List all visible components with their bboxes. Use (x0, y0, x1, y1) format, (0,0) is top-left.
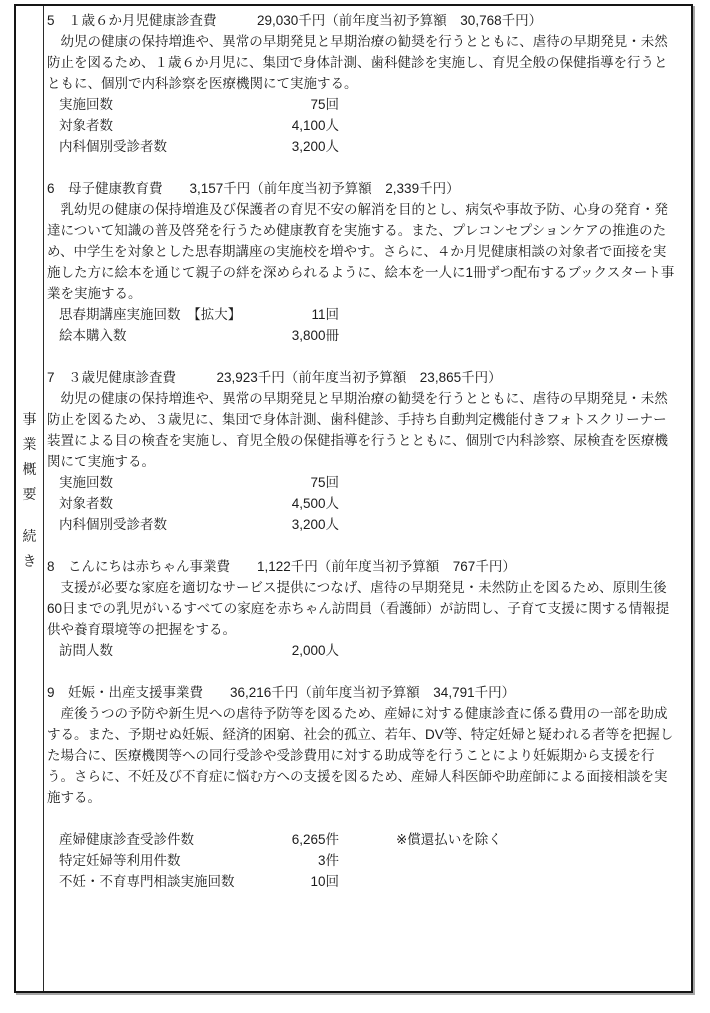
budget-section: 5 １歳６か月児健康診査費 29,030千円（前年度当初予算額 30,768千円… (47, 10, 689, 157)
budget-section: 6 母子健康教育費 3,157千円（前年度当初予算額 2,339千円） 乳幼児の… (47, 178, 689, 346)
section-body-line: 60日までの乳児がいるすべての家庭を赤ちゃん訪問員（看護師）が訪問し、子育て支援… (47, 598, 689, 619)
section-body-line: 防止を図るため、１歳６か月児に、集団で身体計測、歯科健診を実施し、育児全般の保健… (47, 52, 689, 73)
section-body-line: 関にて実施する。 (47, 451, 689, 472)
row-header-char: き (23, 549, 37, 574)
section-body-line: ともに、個別で内科診察を医療機関にて実施する。 (47, 73, 689, 94)
main-content: 5 １歳６か月児健康診査費 29,030千円（前年度当初予算額 30,768千円… (44, 6, 691, 991)
section-body-line: 防止を図るため、３歳児に、集団で身体計測、歯科健診、手持ち自動判定機能付きフォト… (47, 409, 689, 430)
stat-row: 内科個別受診者数3,200人 (47, 514, 339, 535)
row-header-char: 概 (23, 457, 37, 482)
stat-label: 思春期講座実施回数 【拡大】 (59, 304, 241, 325)
row-header-cell: 事業概要続き (16, 6, 44, 991)
section-body-line: 支援が必要な家庭を適切なサービス提供につなげ、虐待の早期発見・未然防止を図るため… (47, 577, 689, 598)
stat-label: 不妊・不育専門相談実施回数 (59, 871, 235, 892)
row-header-char: 要 (23, 482, 37, 507)
section-body-line: 幼児の健康の保持増進や、異常の早期発見と早期治療の勧奨を行うとともに、虐待の早期… (47, 388, 689, 409)
stat-row: 内科個別受診者数3,200人 (47, 136, 339, 157)
section-heading: 9 妊娠・出産支援事業費 36,216千円（前年度当初予算額 34,791千円） (47, 682, 689, 703)
stat-value: 75回 (310, 472, 339, 493)
budget-section: 7 ３歳児健康診査費 23,923千円（前年度当初予算額 23,865千円） 幼… (47, 367, 689, 535)
stat-value: 4,500人 (292, 493, 339, 514)
stat-value: 6,265件 (292, 829, 339, 850)
stat-label: 実施回数 (59, 472, 113, 493)
section-body-line: 達について知識の普及啓発を行うため健康教育を実施する。また、プレコンセプションケ… (47, 220, 689, 241)
stat-note: ※償還払いを除く (396, 829, 502, 850)
section-body-line: 供や養育環境等の把握をする。 (47, 619, 689, 640)
section-heading: 5 １歳６か月児健康診査費 29,030千円（前年度当初予算額 30,768千円… (47, 10, 689, 31)
section-heading: 8 こんにちは赤ちゃん事業費 1,122千円（前年度当初予算額 767千円） (47, 556, 689, 577)
stat-label: 絵本購入数 (59, 325, 127, 346)
section-body-line: う。さらに、不妊及び不育症に悩む方への支援を図るため、産婦人科医師や助産師による… (47, 766, 689, 787)
stat-value: 3件 (318, 850, 339, 871)
stat-row: 対象者数4,100人 (47, 115, 339, 136)
row-header-char: 事 (23, 407, 37, 432)
stat-value: 3,200人 (292, 514, 339, 535)
section-body-line: た場合に、医療機関等への同行受診や受診費用に対する助成等を行うことにより妊娠期か… (47, 745, 689, 766)
section-body-line: 乳幼児の健康の保持増進及び保護者の育児不安の解消を目的とし、病気や事故予防、心身… (47, 199, 689, 220)
stat-value: 4,100人 (292, 115, 339, 136)
blank-line (47, 808, 689, 829)
stat-label: 対象者数 (59, 493, 113, 514)
stat-label: 内科個別受診者数 (59, 514, 167, 535)
section-body-line: 業を実施する。 (47, 283, 689, 304)
section-body-line: 施する。 (47, 787, 689, 808)
stat-row: 産婦健康診査受診件数6,265件※償還払いを除く (47, 829, 339, 850)
budget-overview-table: 事業概要続き 5 １歳６か月児健康診査費 29,030千円（前年度当初予算額 3… (14, 4, 693, 993)
section-body-line: 装置による目の検査を実施し、育児全般の保健指導を行うとともに、個別で内科診察、尿… (47, 430, 689, 451)
stat-label: 内科個別受診者数 (59, 136, 167, 157)
section-heading: 6 母子健康教育費 3,157千円（前年度当初予算額 2,339千円） (47, 178, 689, 199)
section-body-line: 施した方に絵本を通じて親子の絆を深められるように、絵本を一人に1冊ずつ配布するブ… (47, 262, 689, 283)
stat-row: 実施回数75回 (47, 472, 339, 493)
section-body-line: する。また、予期せぬ妊娠、経済的困窮、社会的孤立、若年、DV等、特定妊婦と疑われ… (47, 724, 689, 745)
stat-value: 75回 (310, 94, 339, 115)
stat-value: 10回 (310, 871, 339, 892)
stat-row: 特定妊婦等利用件数3件 (47, 850, 339, 871)
row-header-char: 続 (23, 524, 37, 549)
stat-value: 3,800冊 (292, 325, 339, 346)
stat-row: 訪問人数2,000人 (47, 640, 339, 661)
section-heading: 7 ３歳児健康診査費 23,923千円（前年度当初予算額 23,865千円） (47, 367, 689, 388)
stat-row: 不妊・不育専門相談実施回数10回 (47, 871, 339, 892)
stat-row: 思春期講座実施回数 【拡大】11回 (47, 304, 339, 325)
stat-label: 特定妊婦等利用件数 (59, 850, 181, 871)
row-header-char: 業 (23, 432, 37, 457)
stat-label: 訪問人数 (59, 640, 113, 661)
section-body-line: 産後うつの予防や新生児への虐待予防等を図るため、産婦に対する健康診査に係る費用の… (47, 703, 689, 724)
stat-value: 2,000人 (292, 640, 339, 661)
stat-label: 産婦健康診査受診件数 (59, 829, 194, 850)
stat-label: 対象者数 (59, 115, 113, 136)
stat-row: 絵本購入数3,800冊 (47, 325, 339, 346)
stat-row: 実施回数75回 (47, 94, 339, 115)
section-body-line: 幼児の健康の保持増進や、異常の早期発見と早期治療の勧奨を行うとともに、虐待の早期… (47, 31, 689, 52)
stat-value: 11回 (311, 304, 339, 325)
stat-label: 実施回数 (59, 94, 113, 115)
budget-section: 9 妊娠・出産支援事業費 36,216千円（前年度当初予算額 34,791千円）… (47, 682, 689, 892)
document-page: 事業概要続き 5 １歳６か月児健康診査費 29,030千円（前年度当初予算額 3… (0, 0, 710, 1013)
stat-row: 対象者数4,500人 (47, 493, 339, 514)
stat-value: 3,200人 (292, 136, 339, 157)
section-body-line: め、中学生を対象とした思春期講座の実施校を増やす。さらに、４か月児健康相談の対象… (47, 241, 689, 262)
budget-section: 8 こんにちは赤ちゃん事業費 1,122千円（前年度当初予算額 767千円） 支… (47, 556, 689, 661)
